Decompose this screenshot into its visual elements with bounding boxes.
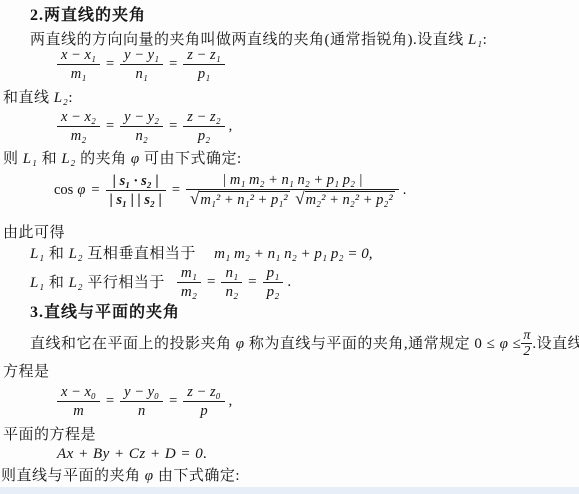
angle-definition-lead: 则 L₁ 和 L₂ 的夹角 φ 可由下式确定: — [3, 149, 242, 169]
fraction: y − y₀ n — [120, 384, 163, 419]
period: . — [403, 182, 407, 199]
section-3-intro-line2: 方程是 — [3, 362, 50, 382]
phi-symbol: φ — [77, 182, 85, 199]
fraction: z − z₀ p — [183, 384, 224, 419]
equals-sign: = — [248, 274, 256, 291]
intro-text: 两直线的方向向量的夹角叫做两直线的夹角(通常指锐角).设直线 — [30, 32, 468, 48]
line2-symbol: L₂ — [69, 275, 84, 291]
and-line2-label: 和直线 L₂: — [3, 88, 73, 108]
fraction: x − x₁ m₁ — [57, 47, 100, 82]
fraction: p₁ p₂ — [263, 265, 284, 300]
section-3-heading: 3.直线与平面的夹角 — [30, 303, 180, 323]
line1-symbol: L₁ — [30, 275, 45, 291]
equals-sign: = — [169, 118, 177, 135]
fraction: y − y₁ n₁ — [120, 47, 163, 82]
sqrt-radical: √ m₁² + n₁² + p₁² — [190, 191, 290, 208]
equals-sign: = — [106, 118, 114, 135]
line2-symbol: L₂ — [69, 246, 84, 262]
intro-colon: : — [483, 32, 488, 48]
equals-sign: = — [169, 393, 177, 410]
section-2-heading: 2.两直线的夹角 — [30, 6, 146, 26]
formula-line2: x − x₂ m₂ = y − y₂ n₂ = z − z₂ p₂ , — [57, 109, 232, 144]
equals-sign: = — [106, 56, 114, 73]
line2-symbol: L₂ — [54, 90, 69, 106]
plane-equation-label: 平面的方程是 — [3, 425, 96, 445]
hence-label: 由此可得 — [3, 223, 65, 243]
phi-symbol: φ — [131, 151, 140, 167]
equals-sign: = — [91, 182, 99, 199]
fraction: x − x₀ m — [57, 384, 100, 419]
component-fraction: | m₁ m₂ + n₁ n₂ + p₁ p₂ | √ m₁² + n₁² + … — [186, 172, 399, 208]
pi-over-2-fraction: π 2 — [521, 329, 532, 359]
line2-symbol: L₂ — [61, 151, 76, 167]
phi-symbol: φ — [236, 336, 245, 352]
formula-line-equation: x − x₀ m = y − y₀ n = z − z₀ p , — [57, 384, 232, 419]
cosine-formula: cos φ = | s₁ · s₂ | | s₁ | | s₂ | = | m₁… — [54, 172, 406, 208]
line1-symbol: L₁ — [30, 246, 45, 262]
equals-sign: = — [106, 393, 114, 410]
fraction: n₁ n₂ — [221, 265, 242, 300]
section-3-intro-line1: 直线和它在平面上的投影夹角 φ 称为直线与平面的夹角,通常规定 0 ≤ φ ≤ … — [30, 329, 579, 359]
equals-sign: = — [172, 182, 180, 199]
plane-equation: Ax + By + Cz + D = 0. — [57, 446, 208, 463]
equals-sign: = — [207, 274, 215, 291]
textbook-page: 2.两直线的夹角 两直线的方向向量的夹角叫做两直线的夹角(通常指锐角).设直线 … — [0, 0, 579, 494]
perpendicular-condition: L₁ 和 L₂ 互相垂直相当于 m₁ m₂ + n₁ n₂ + p₁ p₂ = … — [30, 244, 372, 264]
perpendicular-equation: m₁ m₂ + n₁ n₂ + p₁ p₂ = 0, — [214, 246, 372, 262]
phi-symbol: φ — [145, 468, 154, 484]
parallel-condition: L₁ 和 L₂ 平行相当于 m₁ m₂ = n₁ n₂ = p₁ p₂ . — [30, 265, 291, 300]
period: . — [287, 274, 291, 291]
fraction: x − x₂ m₂ — [57, 109, 100, 144]
bottom-highlight-strip — [0, 487, 579, 494]
final-lead: 则直线与平面的夹角 φ 由下式确定: — [1, 466, 240, 486]
cos-function: cos — [54, 182, 73, 199]
fraction: y − y₂ n₂ — [120, 109, 163, 144]
fraction: m₁ m₂ — [177, 265, 201, 300]
equals-sign: = — [169, 56, 177, 73]
comma: , — [229, 118, 233, 135]
sqrt-radical: √ m₂² + n₂² + p₂² — [295, 191, 395, 208]
comma: , — [229, 393, 233, 410]
fraction: z − z₂ p₂ — [183, 109, 224, 144]
line1-symbol: L₁ — [23, 151, 38, 167]
vector-fraction: | s₁ · s₂ | | s₁ | | s₂ | — [106, 173, 166, 208]
line1-symbol: L₁ — [468, 32, 483, 48]
formula-line1: x − x₁ m₁ = y − y₁ n₁ = z − z₁ p₁ — [57, 47, 225, 82]
fraction: z − z₁ p₁ — [183, 47, 224, 82]
